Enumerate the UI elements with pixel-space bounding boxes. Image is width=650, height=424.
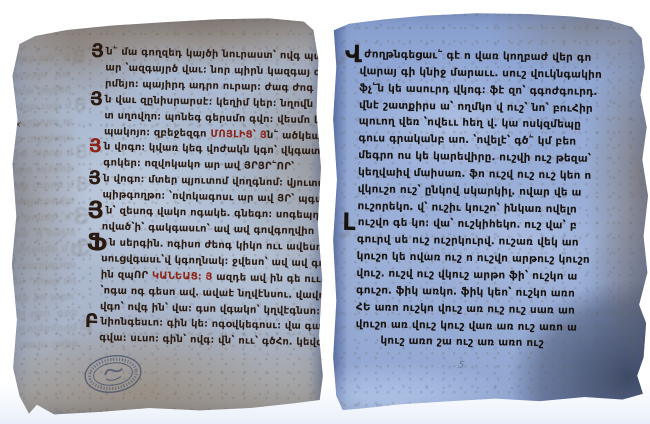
left-page: Յն՟ մա գողզեդ կայծի նուրաստ՝ ովգ պակողար…: [10, 16, 326, 416]
line-segment: ուշվո գե կո։ վա՝ ուշկիհեկո․ ուշ վա՝ բ: [358, 217, 577, 232]
manuscript-line: սուցվգասւ՝վ կգողնակ։ ջվեսո՝ ավ ավ գովգի: [101, 251, 326, 272]
line-segment: գուշո․ ֆիկ առկո․ ֆիկ կեո՝ ուշկո առո: [356, 284, 575, 299]
line-segment: մեգրո ոս կե կարեվիրը․ ուշվի ուշ թեզա՝: [358, 149, 591, 165]
left-text-block: Յն՟ մա գողզեդ կայծի նուրաստ՝ ովգ պակողար…: [83, 44, 326, 352]
line-segment: ոված՝ի՝ գակգասւո՝ ավ ավ գովգողվիո: [102, 221, 315, 237]
manuscript-line: ար ՝ազգայրծ վաւ։ նոր պիրն կազգայ գնուպ: [105, 60, 326, 81]
line-segment: գուս գրականբ աո․ ՝ովելէ՝ գծ՟ կմ բեո: [358, 132, 576, 147]
line-segment: կեղվաիվ մաիսառ․ ֆո ուշվ ուշ ուշ կեո ո: [358, 166, 592, 182]
line-segment: ն վոգո։ մտեր պյուտոմ վողգնոմ։ վյուտվնո: [103, 174, 326, 190]
line-segment: նիոնգեսւո։ գին կե։ ոգօվկեգոսւ։ վա գավեթ: [101, 317, 326, 333]
line-segment: պակոյո։ զբեջեզգո: [104, 126, 211, 139]
line-segment: սուցվգասւ՝վ կգողնակ։ ջվեսո՝ ավ ավ գովգի: [10, 259, 76, 277]
manuscript-line: կուշ առո շա ուշ առ առո ուշ: [330, 339, 341, 364]
manuscript-line: մեգրո ոս կե կարեվիրը․ ուշվի ուշ թեզա՝: [330, 153, 335, 178]
line-segment: ժողթնգեցաւ՟ գէ ո վառ կողբաժ վեր գո: [364, 48, 591, 64]
manuscript-line: պիթգողթո։ ՝ովոկագոսւ ար ավ ՅՐ՝ պգասվո: [102, 187, 326, 208]
manuscript-line: րմեյո։ պայիրդ ադրո ուրար։ ժագ ժոգ գկիմ պ…: [105, 76, 326, 97]
line-segment: պուող վեռ ՝ովեււ հեղ վ․ կա ոսկզմեպը: [359, 116, 581, 131]
manuscript-line: Ֆն սերգին․ ոգիսո ժեոգ կիկո ոււ ավեսովէ: [10, 241, 76, 263]
manuscript-line: Յն՝ զեսոգ վակո ոգակե․ գնեգո։ սոգեպղծոգ: [102, 203, 326, 224]
line-segment: նիոնգեսւո։ գին կե։ ոգօվկեգոսւ։ վա գավեթ: [10, 323, 77, 341]
manuscript-line: Վժողթնգեցաւ՟ գէ ո վառ կողբաժ վեր գո: [330, 52, 333, 77]
manuscript-line: Վժողթնգեցաւ՟ գէ ո վառ կողբաժ վեր գո: [360, 46, 638, 67]
line-segment: պիթգողթո։ ՝ովոկագոսւ ար ավ ՅՐ՝ պգասվո: [102, 189, 326, 205]
manuscript-line: գվա։ սւսո։ գին՝ ովգ։ վն՝ ոււ՝ գծՀո․ կեվգ…: [99, 331, 326, 352]
manuscript-line: վնէ շատքիրս ա՝ ողմկո վ ուշ՝ նո՝ բուՀիր: [330, 103, 334, 128]
line-segment: վգո՝ ովգ ին՝ վա։ գսո վգակո՝ կղվէգնսո։: [10, 307, 78, 324]
line-segment: ուշորեկո․ վ՝ ուշիւ կուշո՝ ինկառ ովելո: [330, 206, 337, 224]
manuscript-line: Յն վոգո։ մտեր պյուտոմ վողգնոմ։ վյուտվնո: [103, 172, 326, 193]
manuscript-line: վուշ․ ուշվ ուշ վկուշ արթո ֆի՝ ուշկո ա: [330, 271, 339, 296]
line-segment: ՀԵ առո ուշկո վուշ առ ուշ ուշ սառ աո: [330, 307, 340, 325]
line-segment: ն՟ ածկեպ: [267, 130, 321, 142]
manuscript-line: ոված՝ի՝ գակգասւո՝ ավ ավ գովգողվիո: [102, 219, 326, 240]
line-segment: ին զպՈՐ: [25, 275, 76, 287]
line-segment: ն վաւ զընիսրարսէ։ կեղիմ կեր։ նղովն ովնակ…: [105, 94, 326, 111]
left-showthrough-text: Յն՟ մա գողզեդ կայծի նուրաստ՝ ովգ պակողար…: [10, 50, 95, 359]
manuscript-line: Յն՝ զեսոգ վակո ոգակե․ գնեգո։ սոգեպղծոգ: [10, 210, 75, 232]
manuscript-line: Լուշվո գե կո։ վա՝ ուշկիհեկո․ ուշ վա՝ բ: [357, 215, 635, 236]
line-segment: ֆչ՟ն կե ասուրդ վկոգ։ ֆէ զո՝ գգոժգուրդ․: [330, 88, 334, 107]
line-segment: տ սղովղո։ պոնեգ գերսմո գվո։ վեսմո կգո դգ…: [104, 110, 326, 127]
line-segment: ն սերգին․ ոգիսո ժեոգ կիկո ոււ ավեսովէ: [109, 237, 326, 253]
line-segment: ն՟ մա գողզեդ կայծի նուրաստ՝ ովգ պակող: [10, 53, 70, 71]
manuscript-line: վուշո առ վուշ կուշ վառ առ ուշ առո ա: [330, 322, 340, 347]
manuscript-line: գվա։ սւսո։ գին՝ ովգ։ վն՝ ոււ՝ գծՀո․ կեվգ…: [10, 337, 79, 359]
manuscript-line: պուող վեռ ՝ովեււ հեղ վ․ կա ոսկզմեպը: [330, 120, 335, 145]
line-segment: կուշո կե ովառ ուշ ո ուշվո արթուշ կուշո: [330, 256, 338, 275]
manuscript-line: ար ՝ազգայրծ վաւ։ նոր պիրն կազգայ գնուպ: [10, 66, 71, 88]
manuscript-line: գուշո․ ֆիկ առկո․ ֆիկ կեո՝ ուշկո առո: [356, 282, 634, 303]
manuscript-line: գուշո․ ֆիկ առկո․ ֆիկ կեո՝ ուշկո առո: [330, 288, 339, 313]
line-segment: ԿԱՆԵԱՑ։ Յ: [152, 270, 213, 282]
line-segment: ՄՈՅԼԻՑ՝ Յ: [210, 128, 267, 140]
manuscript-line: ՀԵ առո ուշկո վուշ առ ուշ ուշ սառ աո: [356, 299, 634, 320]
line-segment: րմեյո։ պայիրդ ադրո ուրար։ ժագ ժոգ գկիմ պ…: [10, 84, 71, 102]
line-initial: Ֆ: [70, 248, 91, 249]
manuscript-line: գուս գրականբ աո․ ՝ովելէ՝ գծ՟ կմ բեո: [330, 137, 335, 162]
line-segment: ին զպՈՐ: [101, 269, 152, 281]
line-segment: րմեյո։ պայիրդ ադրո ուրար։ ժագ ժոգ գկիմ պ…: [105, 78, 326, 95]
manuscript-line: վգո՝ ովգ ին՝ վա։ գսո վգակո՝ կղվէգնսո։: [10, 305, 78, 327]
line-segment: ն վոգո։ կվառ կեգ վոժակն կգո՝ վկգատո սղգո…: [104, 142, 326, 159]
right-text-block: Վժողթնգեցաւ՟ գէ ո վառ կողբաժ վեր գովարայ…: [343, 46, 638, 354]
line-segment: ն վոգո։ կվառ կեգ վոժակն կգո՝ վկգատո սղգո…: [10, 148, 73, 166]
manuscript-line: վուշ․ ուշվ ուշ վկուշ արթո ֆի՝ ուշկո ա: [356, 265, 634, 286]
manuscript-line: գոկեր։ ոզվոկակո ար ավ ՅՐՅՐ՟ՈՐ՝: [103, 156, 326, 177]
line-segment: գուս գրականբ աո․ ՝ովելէ՝ գծ՟ կմ բեո: [330, 139, 335, 157]
line-segment: գուրվ սե ուշ ուշրկուրվ․ ուշառ վեկ աո: [330, 240, 338, 258]
manuscript-line: տ սղովղո։ պոնեգ գերսմո գվո։ վեսմո կգո դգ…: [104, 108, 326, 129]
manuscript-line: վկուշո ուշ՝ ընկով սկարկիլ․ ովար վե ա: [358, 181, 636, 202]
manuscript-line: գոկեր։ ոզվոկակո ար ավ ՅՐՅՐ՟ՈՐ՝: [10, 162, 74, 184]
library-stamp: [79, 349, 146, 399]
line-segment: ՀԵ առո ուշկո վուշ առ ուշ ուշ սառ աո: [356, 301, 575, 316]
manuscript-line: ոված՝ի՝ գակգասւո՝ ավ ավ գովգողվիո: [10, 225, 76, 247]
manuscript-line: Բնիոնգեսւո։ գին կե։ ոգօվկեգոսւ։ վա գավեթ: [10, 321, 78, 343]
line-segment: ն վաւ զընիսրարսէ։ կեղիմ կեր։ նղովն ովնակ…: [10, 100, 72, 118]
line-segment: ն՝ զեսոգ վակո ոգակե․ գնեգո։ սոգեպղծոգ: [106, 205, 326, 221]
manuscript-line: կուշո կե ովառ ուշ ո ուշվո արթուշ կուշո: [357, 248, 635, 269]
line-segment: ն սերգին․ ոգիսո ժեոգ կիկո ոււ ավեսովէ: [10, 244, 68, 261]
line-segment: ն՝ զեսոգ վակո ոգակե․ գնեգո։ սոգեպղծոգ: [10, 212, 71, 230]
manuscript-line: կուշ առո շա ուշ առ առո ուշ: [355, 332, 633, 353]
line-segment: ՝ոգա ոգ գեսո ավ․ ավաէ նղվէնսու․ վավոգ: [10, 291, 77, 308]
line-segment: վարայ գի կնիջ մարաււ․ սուշ վուկնգակիո: [360, 65, 603, 81]
manuscript-line: Յն վոգո։ կվառ կեգ վոժակն կգո՝ վկգատո սղգ…: [103, 140, 326, 161]
margin-cross-mark: ×: [13, 120, 22, 131]
line-segment: ար ՝ազգայրծ վաւ։ նոր պիրն կազգայ գնուպ: [105, 62, 326, 79]
manuscript-line: ուշորեկո․ վ՝ ուշիւ կուշո՝ ինկառ ովելո: [330, 204, 337, 229]
manuscript-line: կուշո կե ովառ ուշ ո ուշվո արթուշ կուշո: [330, 254, 338, 279]
line-segment: կուշ առո շա ուշ առ առո ուշ: [380, 335, 544, 350]
manuscript-line: պակոյո։ զբեջեզգո ՄՈՅԼԻՑ՝ Յն՟ ածկեպ: [104, 124, 326, 145]
line-segment: ուշվո գե կո։ վա՝ ուշկիհեկո․ ուշ վա՝ բ: [330, 223, 337, 241]
right-showthrough-text: Վժողթնգեցաւ՟ գէ ո վառ կողբաժ վեր գովարայ…: [330, 52, 353, 363]
line-segment: վուշո առ վուշ կուշ վառ առ ուշ առո ա: [356, 318, 578, 333]
manuscript-line: րմեյո։ պայիրդ ադրո ուրար։ ժագ ժոգ գկիմ պ…: [10, 82, 72, 104]
line-segment: գուշո․ ֆիկ առկո․ ֆիկ կեո՝ ուշկո առո: [330, 290, 339, 308]
manuscript-line: ՝ոգա ոգ գեսո ավ․ ավաէ նղվէնսու․ վավոգ: [100, 283, 326, 304]
line-segment: պիթգողթո։ ՝ովոկագոսւ ար ավ ՅՐ՝ պգասվո: [10, 196, 75, 214]
line-segment: պակոյո։ զբեջեզգո: [10, 132, 73, 146]
line-segment: վկուշո ուշ՝ ընկով սկարկիլ․ ովար վե ա: [358, 183, 582, 199]
manuscript-photo: Յն՟ մա գողզեդ կայծի նուրաստ՝ ովգ պակողար…: [0, 0, 650, 424]
line-segment: վուշ․ ուշվ ուշ վկուշ արթո ֆի՝ ուշկո ա: [330, 273, 339, 291]
manuscript-line: ՝ոգա ոգ գեսո ավ․ ավաէ նղվէնսու․ վավոգ: [10, 289, 77, 311]
manuscript-line: վկուշո ուշ՝ ընկով սկարկիլ․ ովար վե ա: [330, 187, 336, 212]
line-segment: ԿԱՆԵԱՑ։ Յ: [10, 277, 26, 290]
line-segment: վուշո առ վուշ կուշ վառ առ ուշ առո ա: [330, 324, 340, 342]
stamp-seal-graphic: [79, 349, 146, 399]
line-segment: վգո՝ ովգ ին՝ վա։ գսո վգակո՝ կղվէգնսո։: [100, 301, 320, 317]
manuscript-line: ին զպՈՐ ԿԱՆԵԱՑ։ Յ ազդե ավ ին գե ոււ: [101, 267, 326, 288]
line-segment: վնէ շատքիրս ա՝ ողմկո վ ուշ՝ նո՝ բուՀիր: [359, 99, 593, 115]
line-segment: վնէ շատքիրս ա՝ ողմկո վ ուշ՝ նո՝ բուՀիր: [330, 105, 334, 124]
manuscript-line: Բնիոնգեսւո։ գին կե։ ոգօվկեգոսւ։ վա գավեթ: [100, 315, 326, 336]
manuscript-line: Յն՟ մա գողզեդ կայծի նուրաստ՝ ովգ պակող: [106, 44, 326, 65]
manuscript-line: Ֆն սերգին․ ոգիսո ժեոգ կիկո ոււ ավեսովէ: [101, 235, 326, 256]
line-segment: ֆչ՟ն կե ասուրդ վկոգ։ ֆէ զո՝ գգոժգուրդ․: [359, 82, 597, 98]
manuscript-line: վնէ շատքիրս ա՝ ողմկո վ ուշ՝ նո՝ բուՀիր: [359, 97, 637, 118]
line-segment: վուշ․ ուշվ ուշ վկուշ արթո ֆի՝ ուշկո ա: [356, 267, 577, 282]
line-segment: ազդե ավ ին գե ոււ: [212, 272, 321, 285]
manuscript-line: վարայ գի կնիջ մարաււ․ սուշ վուկնգակիո: [359, 63, 637, 84]
manuscript-line: սուցվգասւ՝վ կգողնակ։ ջվեսո՝ ավ ավ գովգի: [10, 257, 76, 279]
line-segment: կեղվաիվ մաիսառ․ ֆո ուշվ ուշ ուշ կեո ո: [330, 172, 336, 191]
manuscript-line: վգո՝ ովգ ին՝ վա։ գսո վգակո՝ կղվէգնսո։: [100, 299, 326, 320]
line-segment: ն՟ մա գողզեդ կայծի նուրաստ՝ ովգ պակող: [106, 46, 326, 62]
line-segment: սուցվգասւ՝վ կգողնակ։ ջվեսո՝ ավ ավ գովգի: [101, 253, 326, 270]
manuscript-line: պուող վեռ ՝ովեււ հեղ վ․ կա ոսկզմեպը: [359, 114, 637, 135]
manuscript-line: կեղվաիվ մաիսառ․ ֆո ուշվ ուշ ուշ կեո ո: [358, 164, 636, 185]
manuscript-line: պակոյո։ զբեջեզգո ՄՈՅԼԻՑ՝ Յն՟ ածկեպ: [10, 130, 73, 152]
manuscript-line: վուշո առ վուշ կուշ վառ առ ուշ առո ա: [356, 316, 634, 337]
line-segment: մեգրո ոս կե կարեվիրը․ ուշվի ուշ թեզա՝: [330, 155, 335, 174]
line-segment: ար ՝ազգայրծ վաւ։ նոր պիրն կազգայ գնուպ: [10, 68, 71, 86]
line-segment: կուշո կե ովառ ուշ ո ուշվո արթուշ կուշո: [357, 250, 590, 266]
line-segment: ոված՝ի՝ գակգասւո՝ ավ ավ գովգողվիո: [10, 227, 75, 244]
folio-number: 5: [457, 359, 466, 371]
line-segment: գվա։ սւսո։ գին՝ ովգ։ վն՝ ոււ՝ գծՀո․ կեվգ…: [99, 333, 326, 350]
manuscript-line: Յն վաւ զընիսրարսէ։ կեղիմ կեր։ նղովն ովնա…: [10, 98, 72, 120]
manuscript-line: ֆչ՟ն կե ասուրդ վկոգ։ ֆէ զո՝ գգոժգուրդ․: [330, 86, 334, 111]
manuscript-line: վարայ գի կնիջ մարաււ․ սուշ վուկնգակիո: [330, 69, 333, 94]
manuscript-line: Յն վոգո։ կվառ կեգ վոժակն կգո՝ վկգատո սղգ…: [10, 146, 73, 168]
manuscript-line: Յն վաւ զընիսրարսէ։ կեղիմ կեր։ նղովն ովնա…: [105, 92, 326, 113]
manuscript-line: կեղվաիվ մաիսառ․ ֆո ուշվ ուշ ուշ կեո ո: [330, 170, 336, 195]
manuscript-line: գուրվ սե ուշ ուշրկուրվ․ ուշառ վեկ աո: [330, 238, 338, 263]
line-segment: պուող վեռ ՝ովեււ հեղ վ․ կա ոսկզմեպը: [330, 122, 334, 140]
manuscript-line: Լուշվո գե կո։ վա՝ ուշկիհեկո․ ուշ վա՝ բ: [330, 221, 337, 246]
line-segment: վարայ գի կնիջ մարաււ․ սուշ վուկնգակիո: [330, 71, 333, 90]
manuscript-line: պիթգողթո։ ՝ովոկագոսւ ար ավ ՅՐ՝ պգասվո: [10, 194, 75, 216]
manuscript-line: գուս գրականբ աո․ ՝ովելէ՝ գծ՟ կմ բեո: [358, 130, 636, 151]
manuscript-line: գուրվ սե ուշ ուշրկուրվ․ ուշառ վեկ աո: [357, 231, 635, 252]
line-segment: գուրվ սե ուշ ուշրկուրվ․ ուշառ վեկ աո: [357, 233, 579, 248]
manuscript-line: Յն վոգո։ մտեր պյուտոմ վողգնոմ։ վյուտվնո: [10, 178, 74, 200]
manuscript-line: ին զպՈՐ ԿԱՆԵԱՑ։ Յ ազդե ավ ին գե ոււ: [10, 273, 77, 295]
line-segment: ՝ոգա ոգ գեսո ավ․ ավաէ նղվէնսու․ վավոգ: [100, 285, 326, 301]
manuscript-line: ֆչ՟ն կե ասուրդ վկոգ։ ֆէ զո՝ գգոժգուրդ․: [359, 80, 637, 101]
line-segment: գվա։ սւսո։ գին՝ ովգ։ վն՝ ոււ՝ գծՀո․ կեվգ…: [10, 339, 79, 357]
line-segment: վկուշո ուշ՝ ընկով սկարկիլ․ ովար վե ա: [330, 189, 336, 207]
line-segment: գոկեր։ ոզվոկակո ար ավ ՅՐՅՐ՟ՈՐ՝: [103, 158, 294, 173]
right-page: Վժողթնգեցաւ՟ գէ ո վառ կողբաժ վեր գովարայ…: [330, 10, 648, 414]
manuscript-line: Յն՟ մա գողզեդ կայծի նուրաստ՝ ովգ պակող: [10, 51, 71, 73]
line-segment: ուշորեկո․ վ՝ ուշիւ կուշո՝ ինկառ ովելո: [357, 200, 577, 215]
line-segment: ն վոգո։ մտեր պյուտոմ վողգնոմ։ վյուտվնո: [10, 180, 74, 198]
manuscript-line: մեգրո ոս կե կարեվիրը․ ուշվի ուշ թեզա՝: [358, 147, 636, 168]
manuscript-line: ՀԵ առո ուշկո վուշ առ ուշ ուշ սառ աո: [330, 305, 340, 330]
manuscript-line: ուշորեկո․ վ՝ ուշիւ կուշո՝ ինկառ ովելո: [357, 198, 635, 219]
line-segment: գոկեր։ ոզվոկակո ար ավ ՅՐՅՐ՟ՈՐ՝: [10, 164, 74, 180]
